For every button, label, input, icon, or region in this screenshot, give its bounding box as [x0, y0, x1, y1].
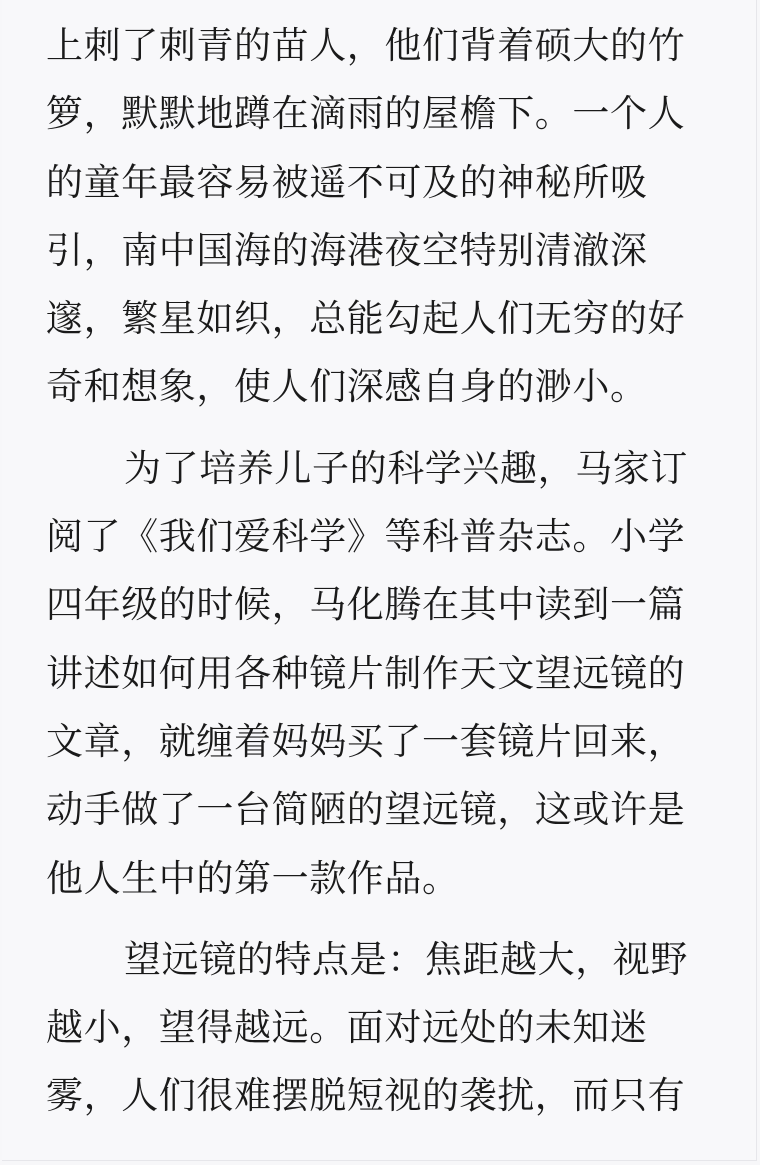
text-line: 邃，繁星如织，总能勾起人们无穷的好 [46, 285, 726, 353]
text-line: 的童年最容易被遥不可及的神秘所吸 [46, 149, 726, 217]
text-line: 望远镜的特点是：焦距越大，视野 [46, 926, 726, 994]
text-line: 越小，望得越远。面对远处的未知迷 [46, 994, 726, 1062]
text-line: 为了培养儿子的科学兴趣，马家订 [46, 435, 726, 503]
paragraph-3: 望远镜的特点是：焦距越大，视野 越小，望得越远。面对远处的未知迷 雾，人们很难摆… [46, 926, 726, 1131]
text-line: 讲述如何用各种镜片制作天文望远镜的 [46, 640, 726, 708]
paragraph-1: 上刺了刺青的苗人，他们背着硕大的竹 箩，默默地蹲在滴雨的屋檐下。一个人 的童年最… [46, 12, 726, 422]
text-line: 四年级的时候，马化腾在其中读到一篇 [46, 571, 726, 639]
paragraph-spacer [46, 422, 726, 435]
text-line: 奇和想象，使人们深感自身的渺小。 [46, 353, 726, 421]
text-line: 他人生中的第一款作品。 [46, 845, 726, 913]
text-line: 引，南中国海的海港夜空特别清澈深 [46, 217, 726, 285]
text-line: 阅了《我们爱科学》等科普杂志。小学 [46, 503, 726, 571]
paragraph-spacer [46, 913, 726, 926]
paragraph-2: 为了培养儿子的科学兴趣，马家订 阅了《我们爱科学》等科普杂志。小学 四年级的时候… [46, 435, 726, 913]
text-line: 文章，就缠着妈妈买了一套镜片回来， [46, 708, 726, 776]
text-line: 上刺了刺青的苗人，他们背着硕大的竹 [46, 12, 726, 80]
page-text: 上刺了刺青的苗人，他们背着硕大的竹 箩，默默地蹲在滴雨的屋檐下。一个人 的童年最… [46, 12, 726, 1131]
text-line: 箩，默默地蹲在滴雨的屋檐下。一个人 [46, 80, 726, 148]
text-line: 雾，人们很难摆脱短视的袭扰，而只有 [46, 1062, 726, 1130]
text-line: 动手做了一台简陋的望远镜，这或许是 [46, 776, 726, 844]
book-page: 上刺了刺青的苗人，他们背着硕大的竹 箩，默默地蹲在滴雨的屋檐下。一个人 的童年最… [2, 0, 757, 1161]
